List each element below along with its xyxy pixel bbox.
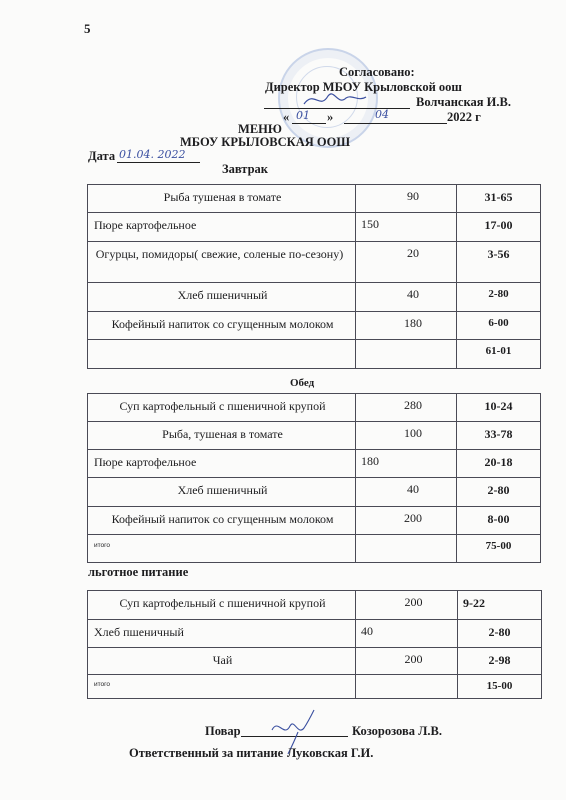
total-label: итого <box>88 675 356 699</box>
table-row: Рыба, тушеная в томате 100 33-78 <box>88 422 541 450</box>
approval-month-line <box>344 123 447 124</box>
preferential-table: Суп картофельный с пшеничной крупой 200 … <box>87 590 542 699</box>
cook-name: Козорозова Л.В. <box>352 724 442 739</box>
dish-weight <box>356 675 458 699</box>
dish-weight: 180 <box>356 450 457 478</box>
dish-price: 2-80 <box>457 283 541 312</box>
director-signature-icon <box>300 88 370 110</box>
table-row: Огурцы, помидоры( свежие, соленые по-сез… <box>88 242 541 283</box>
responsible-label: Ответственный за питание <box>129 746 283 761</box>
dish-weight: 100 <box>356 422 457 450</box>
table-row: Суп картофельный с пшеничной крупой 280 … <box>88 394 541 422</box>
dish-weight: 40 <box>356 478 457 507</box>
dish-name: Хлеб пшеничный <box>88 620 356 648</box>
dish-weight: 200 <box>356 591 458 620</box>
date-line <box>117 162 200 163</box>
dish-name: Кофейный напиток со сгущенным молоком <box>88 507 356 535</box>
table-row: Кофейный напиток со сгущенным молоком 18… <box>88 312 541 340</box>
dish-price: 2-80 <box>457 478 541 507</box>
dish-name <box>88 340 356 369</box>
table-row: Кофейный напиток со сгущенным молоком 20… <box>88 507 541 535</box>
dish-price: 10-24 <box>457 394 541 422</box>
dish-name: Огурцы, помидоры( свежие, соленые по-сез… <box>88 242 356 283</box>
breakfast-table: Рыба тушеная в томате 90 31-65 Пюре карт… <box>87 184 541 369</box>
dish-price: 9-22 <box>458 591 542 620</box>
approval-year: 2022 г <box>447 110 481 125</box>
dish-price: 8-00 <box>457 507 541 535</box>
table-row: Хлеб пшеничный 40 2-80 <box>88 283 541 312</box>
lunch-title: Обед <box>290 377 314 389</box>
dish-price: 2-98 <box>458 648 542 675</box>
dish-price: 6-00 <box>457 312 541 340</box>
table-row: Пюре картофельное 180 20-18 <box>88 450 541 478</box>
date-value: 01.04. 2022 <box>119 148 185 161</box>
dish-price: 33-78 <box>457 422 541 450</box>
dish-name: Хлеб пшеничный <box>88 478 356 507</box>
table-row: Пюре картофельное 150 17-00 <box>88 213 541 242</box>
dish-weight: 280 <box>356 394 457 422</box>
dish-weight: 20 <box>356 242 457 283</box>
responsible-name: Луковская Г.И. <box>287 746 373 761</box>
table-row: Рыба тушеная в томате 90 31-65 <box>88 185 541 213</box>
total-price: 75-00 <box>457 535 541 563</box>
table-row: Хлеб пшеничный 40 2-80 <box>88 620 542 648</box>
dish-name: Суп картофельный с пшеничной крупой <box>88 394 356 422</box>
table-row: Чай 200 2-98 <box>88 648 542 675</box>
table-row: Хлеб пшеничный 40 2-80 <box>88 478 541 507</box>
dish-name: Кофейный напиток со сгущенным молоком <box>88 312 356 340</box>
dish-weight: 90 <box>356 185 457 213</box>
table-row-total: итого 15-00 <box>88 675 542 699</box>
dish-weight: 200 <box>356 648 458 675</box>
table-row: Суп картофельный с пшеничной крупой 200 … <box>88 591 542 620</box>
dish-weight: 180 <box>356 312 457 340</box>
dish-name: Пюре картофельное <box>88 450 356 478</box>
dish-price: 31-65 <box>457 185 541 213</box>
approval-agreed: Согласовано: <box>339 65 415 80</box>
dish-name: Рыба, тушеная в томате <box>88 422 356 450</box>
dish-weight: 40 <box>356 620 458 648</box>
approval-month: 04 <box>375 108 389 121</box>
total-price: 61-01 <box>457 340 541 369</box>
dish-weight: 200 <box>356 507 457 535</box>
dish-price: 3-56 <box>457 242 541 283</box>
dish-weight <box>356 535 457 563</box>
dish-weight: 150 <box>356 213 457 242</box>
dish-name: Рыба тушеная в томате <box>88 185 356 213</box>
date-label: Дата <box>88 149 115 164</box>
table-row-total: 61-01 <box>88 340 541 369</box>
approval-director-name: Волчанская И.В. <box>416 95 511 110</box>
cook-label: Повар <box>205 724 241 739</box>
total-label: итого <box>88 535 356 563</box>
table-row-total: итого 75-00 <box>88 535 541 563</box>
page-number: 5 <box>84 21 91 37</box>
dish-price: 2-80 <box>458 620 542 648</box>
dish-price: 17-00 <box>457 213 541 242</box>
total-price: 15-00 <box>458 675 542 699</box>
dish-name: Пюре картофельное <box>88 213 356 242</box>
dish-name: Суп картофельный с пшеничной крупой <box>88 591 356 620</box>
approval-day: 01 <box>296 109 310 122</box>
dish-weight <box>356 340 457 369</box>
dish-price: 20-18 <box>457 450 541 478</box>
breakfast-title: Завтрак <box>222 162 268 177</box>
dish-name: Хлеб пшеничный <box>88 283 356 312</box>
preferential-title: льготное питание <box>88 565 188 580</box>
dish-weight: 40 <box>356 283 457 312</box>
dish-name: Чай <box>88 648 356 675</box>
school-name: МБОУ КРЫЛОВСКАЯ ООШ <box>180 135 340 150</box>
lunch-table: Суп картофельный с пшеничной крупой 280 … <box>87 393 541 563</box>
